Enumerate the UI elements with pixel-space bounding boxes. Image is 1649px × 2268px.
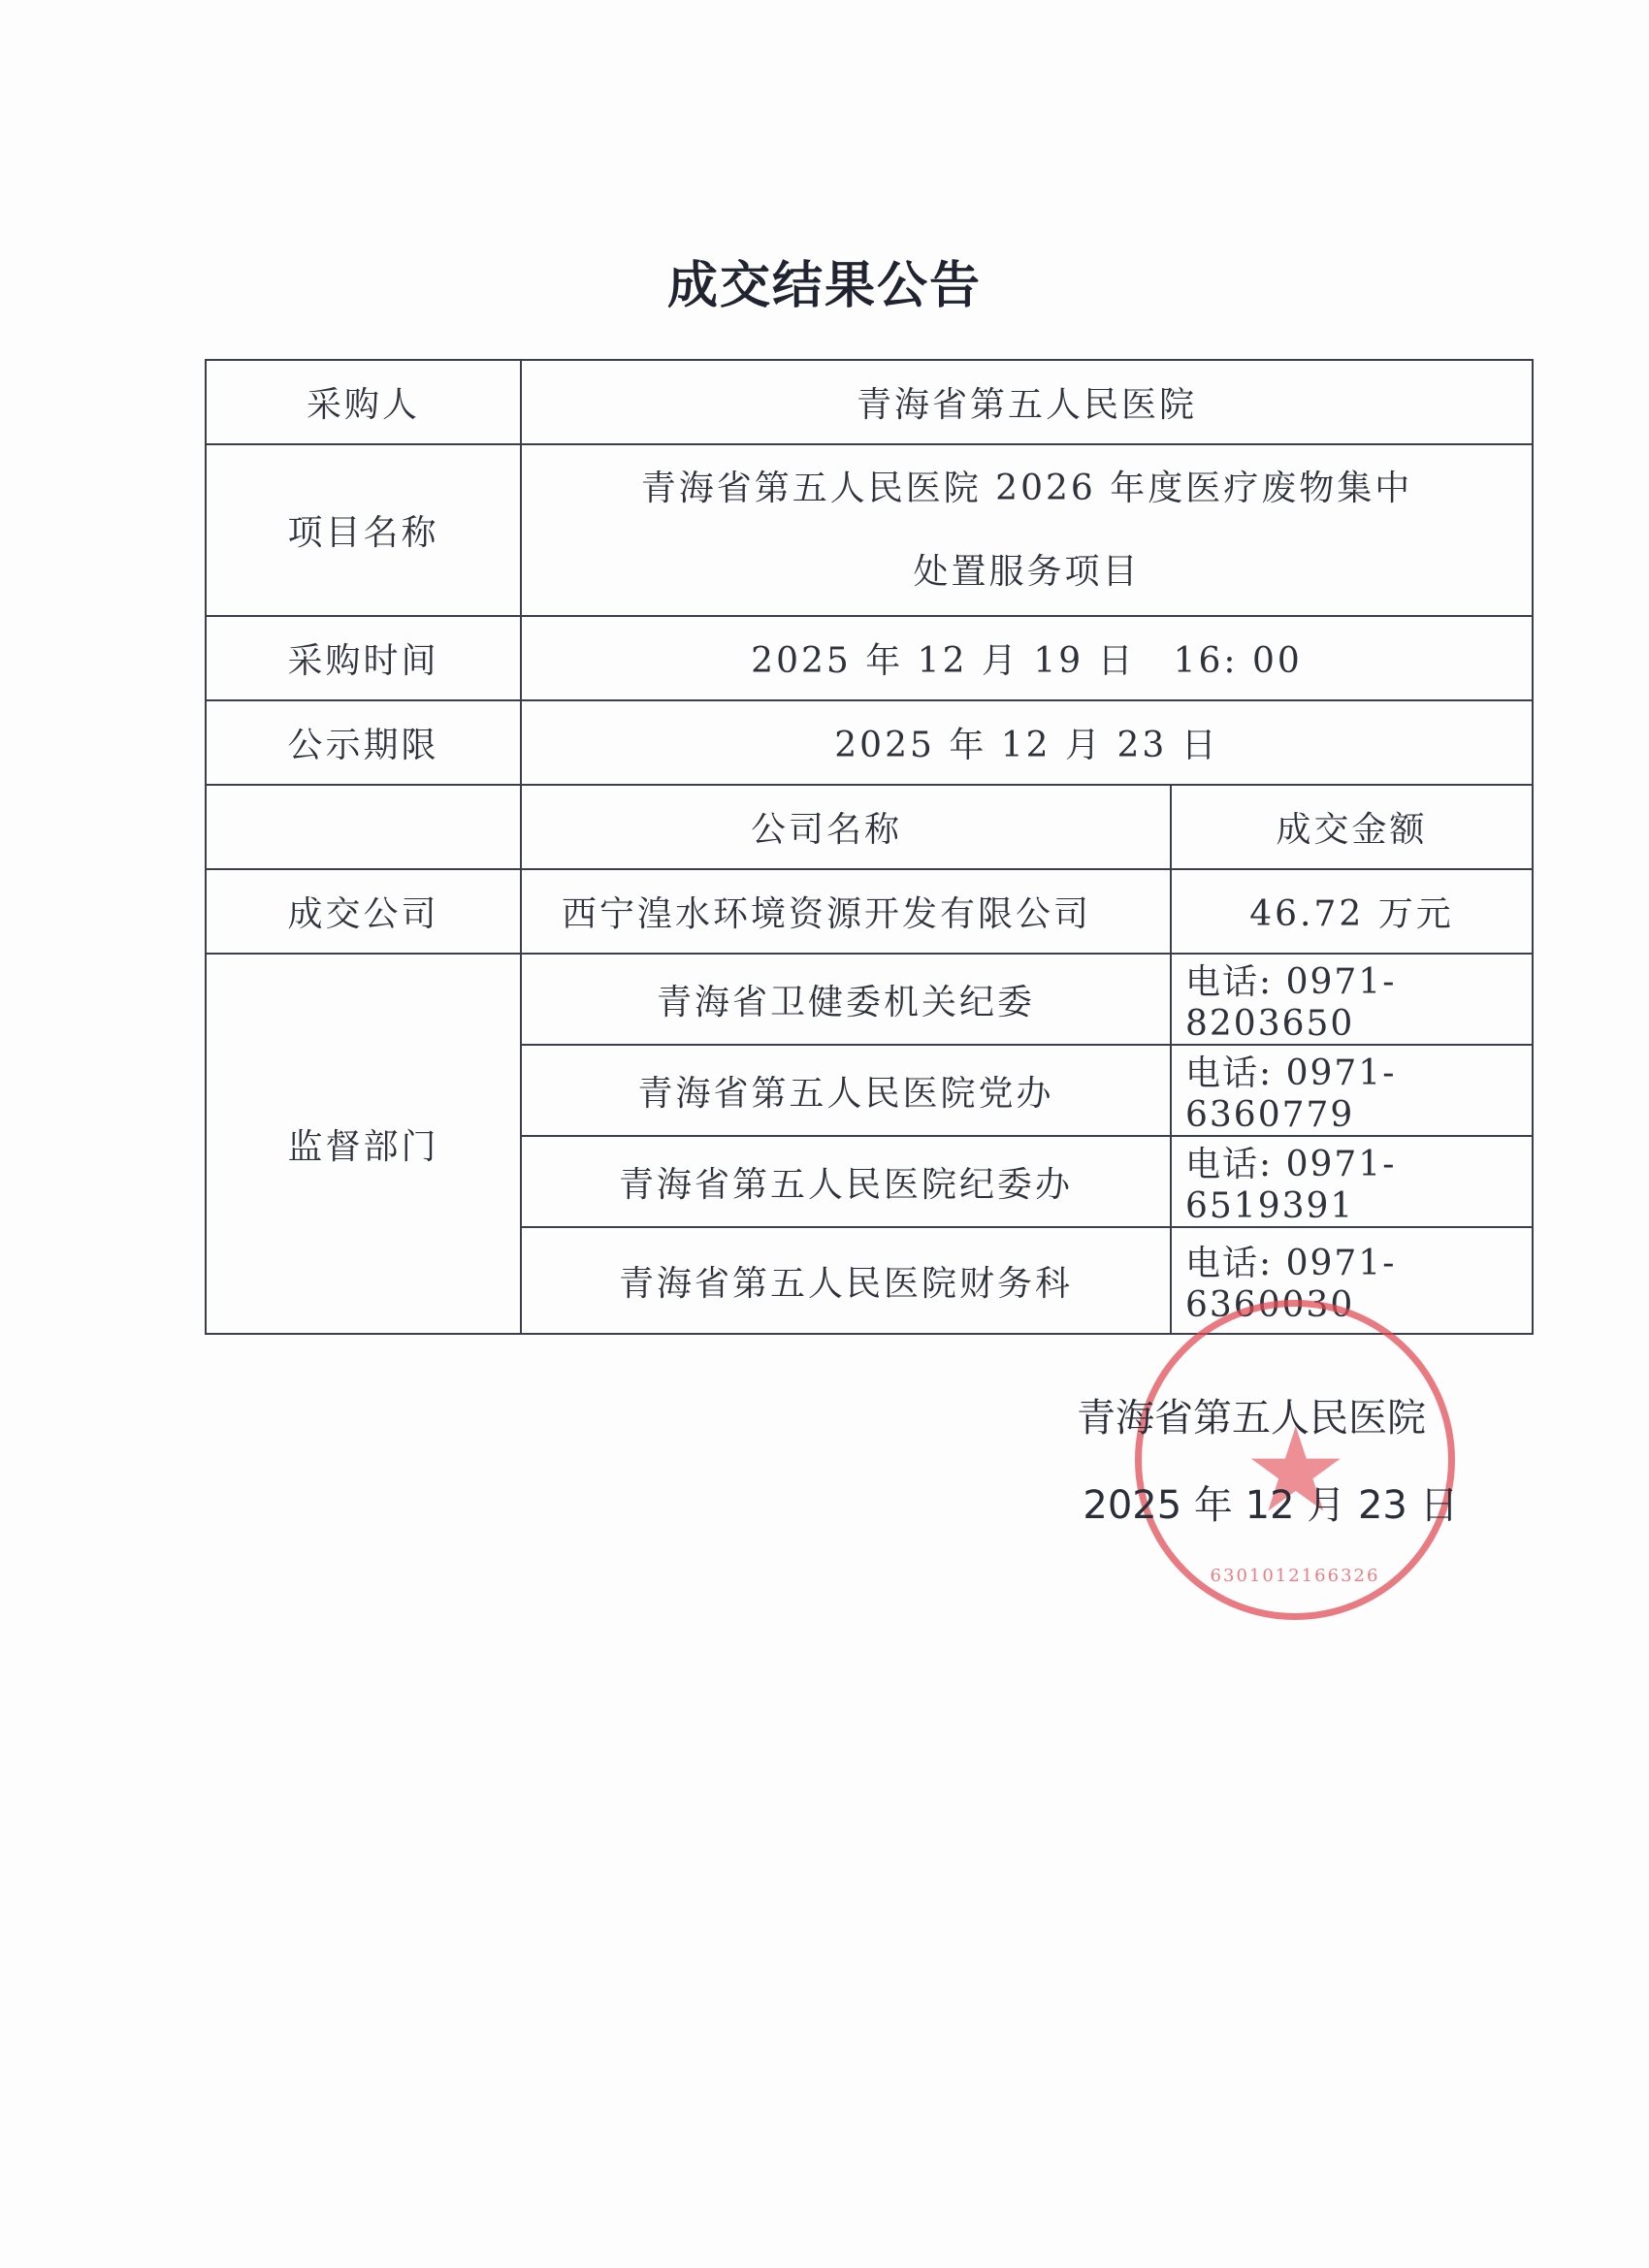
purchase-time-label: 采购时间 — [206, 616, 521, 700]
row-winner: 成交公司 西宁湟水环境资源开发有限公司 46.72 万元 — [206, 869, 1533, 954]
supervision-label: 监督部门 — [206, 954, 521, 1334]
supervision-dept-1: 青海省卫健委机关纪委 — [521, 954, 1171, 1045]
purchase-time-value: 2025 年 12 月 19 日 16: 00 — [521, 616, 1533, 700]
purchaser-label: 采购人 — [206, 360, 521, 444]
amount-header: 成交金额 — [1171, 785, 1533, 869]
row-purchaser: 采购人 青海省第五人民医院 — [206, 360, 1533, 444]
row-purchase-time: 采购时间 2025 年 12 月 19 日 16: 00 — [206, 616, 1533, 700]
supervision-dept-4: 青海省第五人民医院财务科 — [521, 1227, 1171, 1334]
supervision-dept-3: 青海省第五人民医院纪委办 — [521, 1136, 1171, 1227]
publicity-period-value: 2025 年 12 月 23 日 — [521, 700, 1533, 785]
supervision-phone-1: 电话: 0971-8203650 — [1171, 954, 1533, 1045]
winner-label: 成交公司 — [206, 869, 521, 954]
project-value: 青海省第五人民医院 2026 年度医疗废物集中 处置服务项目 — [521, 444, 1533, 616]
project-value-line1: 青海省第五人民医院 2026 年度医疗废物集中 — [522, 447, 1532, 531]
project-label: 项目名称 — [206, 444, 521, 616]
signature-date: 2025 年 12 月 23 日 — [1077, 1474, 1465, 1530]
winner-company: 西宁湟水环境资源开发有限公司 — [521, 869, 1171, 954]
supervision-phone-2: 电话: 0971-6360779 — [1171, 1045, 1533, 1136]
result-table: 采购人 青海省第五人民医院 项目名称 青海省第五人民医院 2026 年度医疗废物… — [205, 359, 1534, 1335]
official-seal: 青海省第五人民医院 ★ 6301012166326 — [1135, 1300, 1455, 1620]
row-project: 项目名称 青海省第五人民医院 2026 年度医疗废物集中 处置服务项目 — [206, 444, 1533, 616]
document-title: 成交结果公告 — [0, 244, 1649, 317]
project-value-line2: 处置服务项目 — [522, 531, 1532, 614]
winner-header-empty — [206, 785, 521, 869]
purchaser-value: 青海省第五人民医院 — [521, 360, 1533, 444]
supervision-dept-2: 青海省第五人民医院党办 — [521, 1045, 1171, 1136]
signature-org: 青海省第五人民医院 — [1048, 1387, 1455, 1442]
row-supervision-1: 监督部门 青海省卫健委机关纪委 电话: 0971-8203650 — [206, 954, 1533, 1045]
company-name-header: 公司名称 — [521, 785, 1171, 869]
row-publicity-period: 公示期限 2025 年 12 月 23 日 — [206, 700, 1533, 785]
winner-amount: 46.72 万元 — [1171, 869, 1533, 954]
row-winner-header: 公司名称 成交金额 — [206, 785, 1533, 869]
seal-code: 6301012166326 — [1142, 1566, 1448, 1586]
publicity-period-label: 公示期限 — [206, 700, 521, 785]
supervision-phone-3: 电话: 0971-6519391 — [1171, 1136, 1533, 1227]
